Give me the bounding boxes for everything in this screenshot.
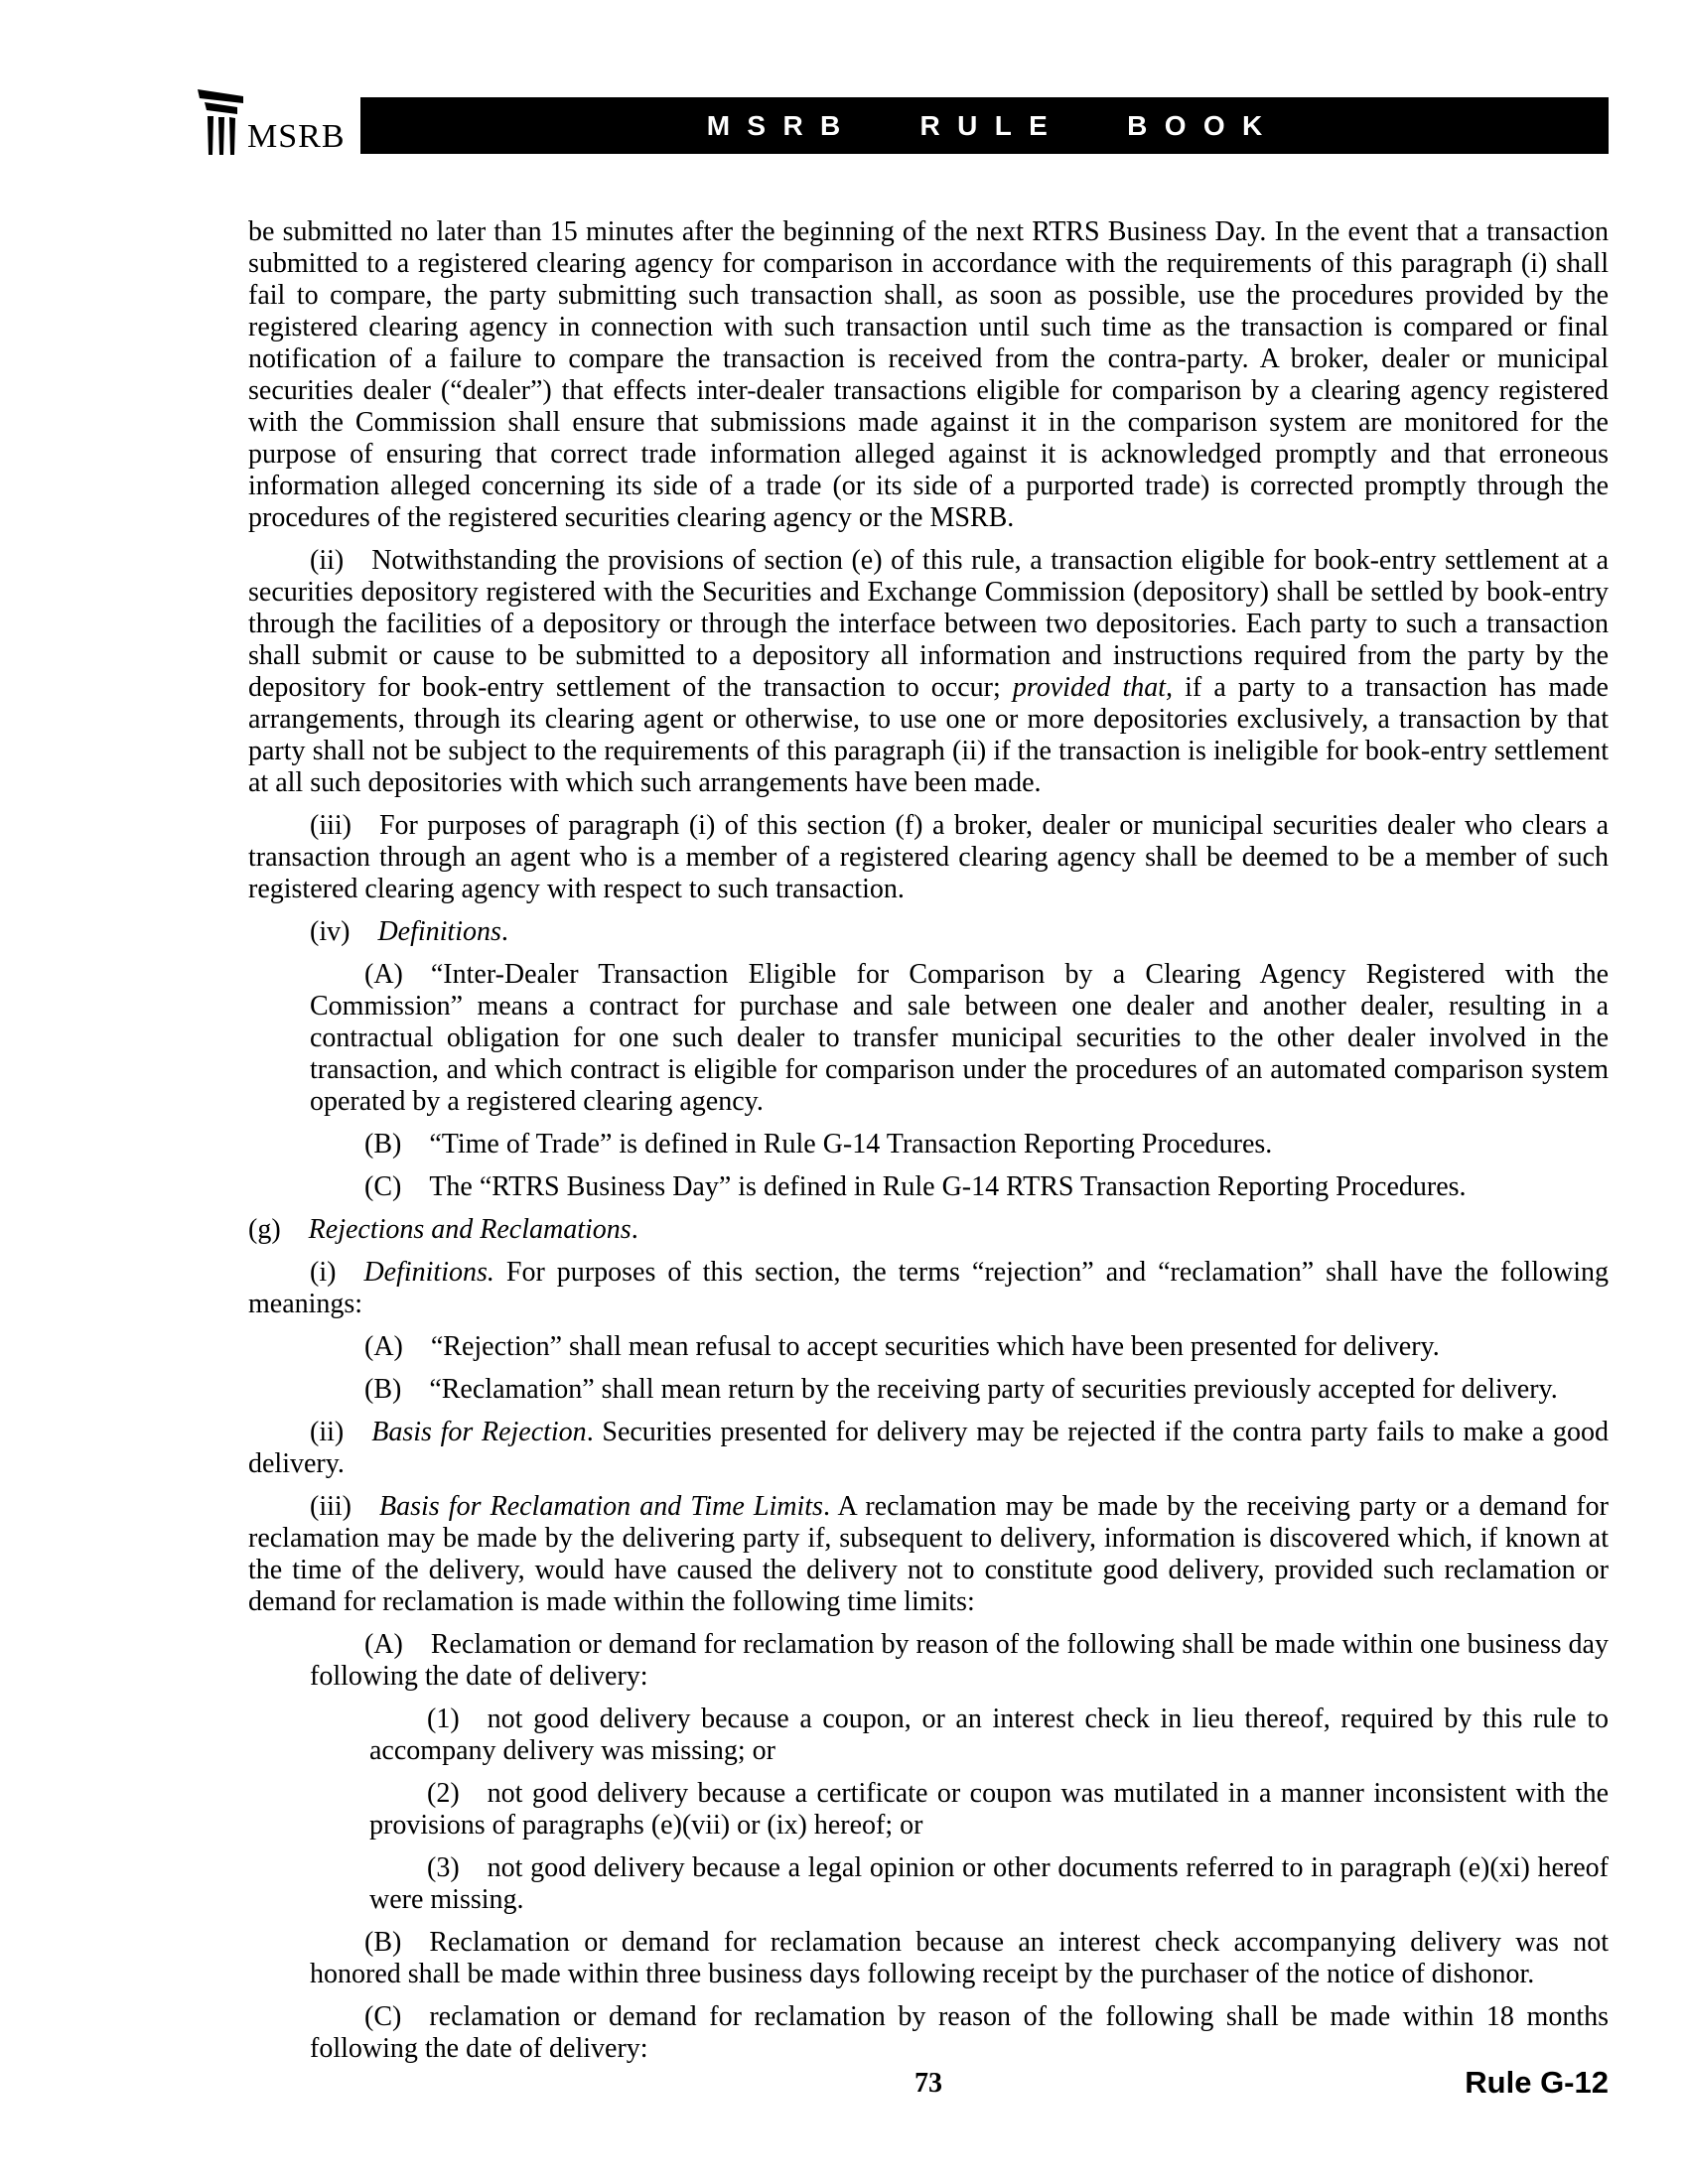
text-run: . <box>632 1214 638 1245</box>
italic-run: Rejections and Reclamations <box>309 1214 632 1245</box>
para-f-iv-C: (C) The “RTRS Business Day” is defined i… <box>310 1171 1609 1203</box>
text-run: (C) The “RTRS Business Day” is defined i… <box>364 1171 1467 1202</box>
italic-run: Definitions <box>377 916 500 947</box>
para-intro-continuation: be submitted no later than 15 minutes af… <box>248 216 1609 534</box>
text-run: be submitted no later than 15 minutes af… <box>248 216 1609 533</box>
text-run: (ii) <box>310 1417 371 1447</box>
para-f-iii: (iii) For purposes of paragraph (i) of t… <box>248 810 1609 905</box>
text-run: (B) “Reclamation” shall mean return by t… <box>364 1374 1558 1405</box>
msrb-logo: MSRB <box>197 89 346 155</box>
para-f-ii: (ii) Notwithstanding the provisions of s… <box>248 545 1609 799</box>
text-run: (iii) For purposes of paragraph (i) of t… <box>248 810 1609 904</box>
text-run: (B) “Time of Trade” is defined in Rule G… <box>364 1129 1272 1160</box>
para-g-i-B: (B) “Reclamation” shall mean return by t… <box>310 1374 1609 1406</box>
para-g-iii-1: (1) not good delivery because a coupon, … <box>369 1704 1609 1767</box>
text-run: (A) “Rejection” shall mean refusal to ac… <box>364 1331 1440 1362</box>
para-g-iii-2: (2) not good delivery because a certific… <box>369 1778 1609 1842</box>
para-g-ii: (ii) Basis for Rejection. Securities pre… <box>248 1417 1609 1480</box>
text-run: (iv) <box>310 916 377 947</box>
para-g-iii-B: (B) Reclamation or demand for reclamatio… <box>310 1927 1609 1990</box>
msrb-rulebook-page: MSRB MSRB RULE BOOK be submitted no late… <box>0 0 1688 2184</box>
para-g-iii-A: (A) Reclamation or demand for reclamatio… <box>310 1629 1609 1693</box>
para-g-iii: (iii) Basis for Reclamation and Time Lim… <box>248 1491 1609 1618</box>
para-f-iv-definitions: (iv) Definitions. <box>248 916 1609 948</box>
rule-label: Rule G-12 <box>1465 2065 1609 2101</box>
logo-wordmark: MSRB <box>247 120 346 154</box>
text-run: (A) Reclamation or demand for reclamatio… <box>310 1629 1609 1692</box>
text-run: (C) reclamation or demand for reclamatio… <box>310 2001 1609 2064</box>
para-f-iv-B: (B) “Time of Trade” is defined in Rule G… <box>310 1129 1609 1160</box>
msrb-column-logo-icon <box>197 89 246 155</box>
text-run: (B) Reclamation or demand for reclamatio… <box>310 1927 1609 1989</box>
para-g-iii-C: (C) reclamation or demand for reclamatio… <box>310 2001 1609 2065</box>
text-run: (i) <box>310 1257 363 1288</box>
banner-title: MSRB RULE BOOK <box>689 110 1279 142</box>
text-run: (3) not good delivery because a legal op… <box>369 1852 1609 1915</box>
para-f-iv-A: (A) “Inter-Dealer Transaction Eligible f… <box>310 959 1609 1118</box>
text-run: . <box>501 916 508 947</box>
para-g-heading: (g) Rejections and Reclamations. <box>248 1214 1609 1246</box>
text-run: (2) not good delivery because a certific… <box>369 1778 1609 1841</box>
body-text: be submitted no later than 15 minutes af… <box>248 216 1609 2065</box>
page-number: 73 <box>248 2068 1609 2100</box>
para-g-i: (i) Definitions. For purposes of this se… <box>248 1257 1609 1320</box>
italic-run: provided that, <box>1013 672 1173 703</box>
text-run: (1) not good delivery because a coupon, … <box>369 1704 1609 1766</box>
text-run: (iii) <box>310 1491 379 1522</box>
text-run: (g) <box>248 1214 309 1245</box>
text-run: (A) “Inter-Dealer Transaction Eligible f… <box>310 959 1609 1117</box>
header-banner: MSRB RULE BOOK <box>360 97 1609 154</box>
para-g-iii-3: (3) not good delivery because a legal op… <box>369 1852 1609 1916</box>
italic-run: Basis for Rejection <box>371 1417 586 1447</box>
italic-run: Basis for Reclamation and Time Limits <box>379 1491 823 1522</box>
para-g-i-A: (A) “Rejection” shall mean refusal to ac… <box>310 1331 1609 1363</box>
italic-run: Definitions. <box>363 1257 493 1288</box>
